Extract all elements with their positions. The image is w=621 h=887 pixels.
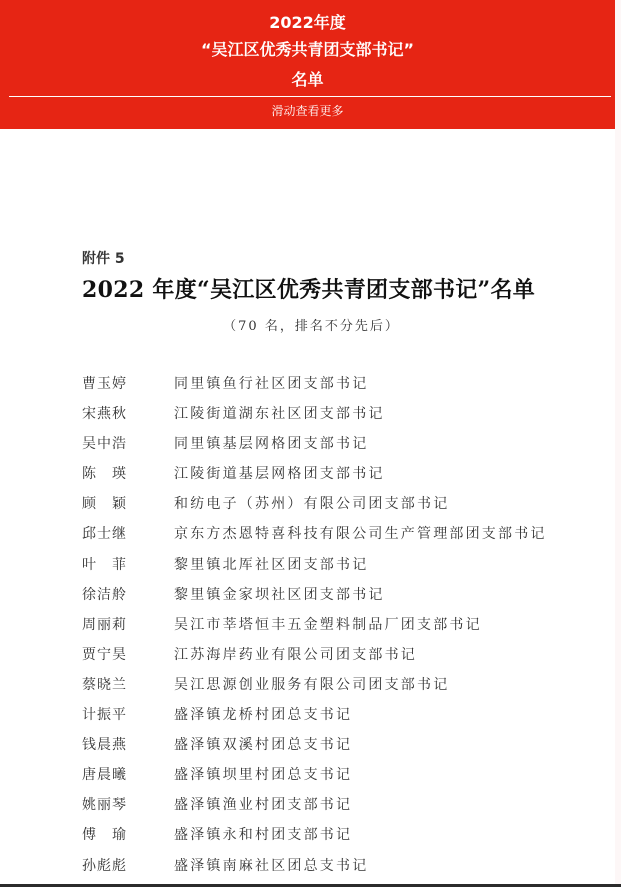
list-item: 宋燕秋 江陵街道湖东社区团支部书记 bbox=[82, 404, 602, 434]
page[interactable]: 2022年度 “吴江区优秀共青团支部书记” 名单 滑动查看更多 附件 5 202… bbox=[0, 0, 621, 887]
banner-divider bbox=[9, 96, 611, 97]
honoree-title: 京东方杰恩特喜科技有限公司生产管理部团支部书记 bbox=[174, 524, 547, 544]
honoree-name: 傅 瑜 bbox=[82, 825, 152, 845]
list-item: 吴中浩 同里镇基层网格团支部书记 bbox=[82, 434, 602, 464]
honoree-name: 唐晨曦 bbox=[82, 765, 152, 785]
honoree-name: 姚丽琴 bbox=[82, 795, 152, 815]
honoree-title: 江陵街道基层网格团支部书记 bbox=[174, 464, 385, 484]
honoree-title: 盛泽镇渔业村团支部书记 bbox=[174, 795, 352, 815]
list-item: 顾 颖 和纺电子（苏州）有限公司团支部书记 bbox=[82, 494, 602, 524]
scroll-hint: 滑动查看更多 bbox=[0, 102, 615, 120]
document-title: 2022 年度“吴江区优秀共青团支部书记”名单 bbox=[82, 275, 535, 305]
honoree-name: 曹玉婷 bbox=[82, 374, 152, 394]
honoree-title: 盛泽镇南麻社区团总支书记 bbox=[174, 856, 368, 876]
banner-award-title: “吴江区优秀共青团支部书记” bbox=[0, 39, 615, 61]
list-item: 陈 瑛 江陵街道基层网格团支部书记 bbox=[82, 464, 602, 494]
honoree-title: 盛泽镇坝里村团总支书记 bbox=[174, 765, 352, 785]
attachment-label: 附件 5 bbox=[82, 249, 125, 269]
list-item: 计振平 盛泽镇龙桥村团总支书记 bbox=[82, 705, 602, 735]
honoree-name: 顾 颖 bbox=[82, 494, 152, 514]
banner-year: 2022年度 bbox=[0, 12, 615, 34]
list-item: 曹玉婷 同里镇鱼行社区团支部书记 bbox=[82, 374, 602, 404]
honoree-title: 盛泽镇龙桥村团总支书记 bbox=[174, 705, 352, 725]
honoree-name: 宋燕秋 bbox=[82, 404, 152, 424]
list-item: 傅 瑜 盛泽镇永和村团支部书记 bbox=[82, 825, 602, 855]
list-item: 叶 菲 黎里镇北厍社区团支部书记 bbox=[82, 555, 602, 585]
honoree-title: 黎里镇金家坝社区团支部书记 bbox=[174, 585, 385, 605]
header-banner: 2022年度 “吴江区优秀共青团支部书记” 名单 滑动查看更多 bbox=[0, 0, 615, 129]
list-item: 钱晨燕 盛泽镇双溪村团总支书记 bbox=[82, 735, 602, 765]
honoree-title: 同里镇鱼行社区团支部书记 bbox=[174, 374, 368, 394]
list-item: 邱士继 京东方杰恩特喜科技有限公司生产管理部团支部书记 bbox=[82, 524, 602, 554]
honoree-name: 孙彪彪 bbox=[82, 856, 152, 876]
list-item: 孙彪彪 盛泽镇南麻社区团总支书记 bbox=[82, 856, 602, 886]
list-item: 贾宁昊 江苏海岸药业有限公司团支部书记 bbox=[82, 645, 602, 675]
document-subtitle: （70 名，排名不分先后） bbox=[0, 317, 615, 337]
honoree-name: 计振平 bbox=[82, 705, 152, 725]
honoree-title: 盛泽镇永和村团支部书记 bbox=[174, 825, 352, 845]
list-item: 周丽莉 吴江市莘塔恒丰五金塑料制品厂团支部书记 bbox=[82, 615, 602, 645]
honoree-title: 黎里镇北厍社区团支部书记 bbox=[174, 555, 368, 575]
list-item: 徐洁舲 黎里镇金家坝社区团支部书记 bbox=[82, 585, 602, 615]
honoree-name: 周丽莉 bbox=[82, 615, 152, 635]
honoree-name: 陈 瑛 bbox=[82, 464, 152, 484]
honoree-name: 蔡晓兰 bbox=[82, 675, 152, 695]
honoree-title: 江苏海岸药业有限公司团支部书记 bbox=[174, 645, 417, 665]
honoree-name: 邱士继 bbox=[82, 524, 152, 544]
list-item: 蔡晓兰 吴江思源创业服务有限公司团支部书记 bbox=[82, 675, 602, 705]
honoree-title: 吴江思源创业服务有限公司团支部书记 bbox=[174, 675, 449, 695]
honoree-name: 徐洁舲 bbox=[82, 585, 152, 605]
honoree-name: 叶 菲 bbox=[82, 555, 152, 575]
right-edge-strip bbox=[615, 0, 621, 887]
list-item: 唐晨曦 盛泽镇坝里村团总支书记 bbox=[82, 765, 602, 795]
honoree-title: 盛泽镇双溪村团总支书记 bbox=[174, 735, 352, 755]
honoree-name: 贾宁昊 bbox=[82, 645, 152, 665]
honoree-title: 江陵街道湖东社区团支部书记 bbox=[174, 404, 385, 424]
document-image: 附件 5 2022 年度“吴江区优秀共青团支部书记”名单 （70 名，排名不分先… bbox=[0, 129, 615, 887]
honoree-list: 曹玉婷 同里镇鱼行社区团支部书记 宋燕秋 江陵街道湖东社区团支部书记 吴中浩 同… bbox=[82, 374, 602, 886]
honoree-title: 同里镇基层网格团支部书记 bbox=[174, 434, 368, 454]
honoree-title: 和纺电子（苏州）有限公司团支部书记 bbox=[174, 494, 449, 514]
honoree-name: 钱晨燕 bbox=[82, 735, 152, 755]
honoree-name: 吴中浩 bbox=[82, 434, 152, 454]
banner-list-label: 名单 bbox=[0, 69, 615, 91]
list-item: 姚丽琴 盛泽镇渔业村团支部书记 bbox=[82, 795, 602, 825]
honoree-title: 吴江市莘塔恒丰五金塑料制品厂团支部书记 bbox=[174, 615, 482, 635]
